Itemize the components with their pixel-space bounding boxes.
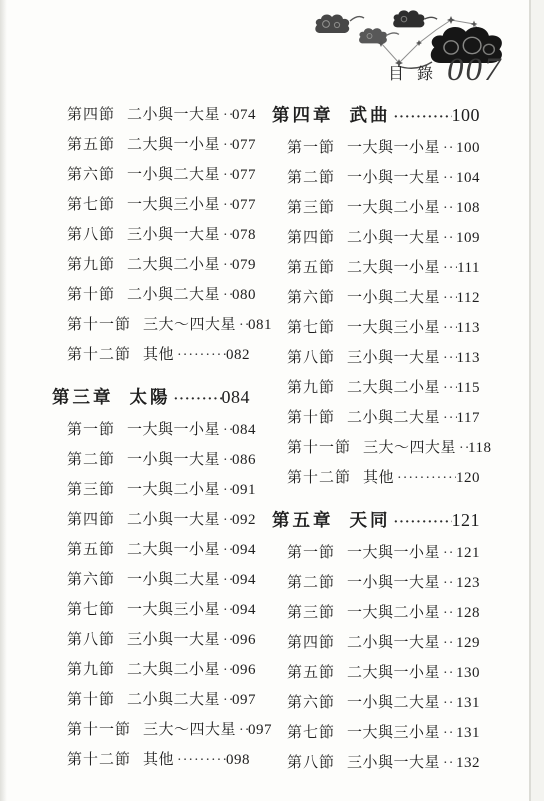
header-page-number: 007 — [447, 52, 503, 89]
entry-title: 二大與一小星 — [347, 658, 440, 688]
entry-title: 二大與二小星 — [127, 250, 220, 280]
entry-label: 第六節 — [287, 283, 335, 313]
toc-entry-section: 第五節 二大與一小星 ·····························… — [272, 253, 480, 283]
entry-label: 第五節 — [67, 535, 115, 565]
toc: 第四節 二小與一大星 ·····························… — [52, 100, 480, 778]
toc-entry-section: 第十二節 其他 ································… — [52, 745, 250, 775]
dot-leader: ········································… — [440, 659, 456, 689]
toc-entry-section: 第九節 二大與二小星 ·····························… — [52, 250, 250, 280]
entry-title: 二小與一大星 — [347, 223, 440, 253]
dot-leader: ········································… — [391, 103, 452, 133]
entry-title: 一小與二大星 — [347, 688, 440, 718]
toc-entry-section: 第二節 一小與一大星 ·····························… — [272, 568, 480, 598]
entry-title: 二大與二小星 — [127, 655, 220, 685]
dot-leader: ········································… — [391, 508, 452, 538]
dot-leader: ········································… — [236, 716, 248, 746]
toc-entry-chapter: 第三章 太陽 ·································… — [52, 382, 250, 412]
entry-title: 一大與二小星 — [347, 598, 440, 628]
entry-label: 第三節 — [287, 598, 335, 628]
toc-column-left: 第四節 二小與一大星 ·····························… — [52, 100, 250, 778]
toc-entry-section: 第三節 一大與二小星 ·····························… — [52, 475, 250, 505]
entry-page-number: 077 — [232, 190, 256, 220]
entry-page-number: 081 — [248, 310, 272, 340]
dot-leader: ········································… — [440, 314, 457, 344]
entry-label: 第二節 — [287, 568, 335, 598]
entry-label: 第七節 — [287, 718, 335, 748]
entry-label: 第七節 — [67, 190, 115, 220]
entry-title: 三小與一大星 — [127, 220, 220, 250]
toc-entry-chapter: 第五章 天同 ·································… — [272, 505, 480, 535]
dot-leader: ········································… — [220, 251, 232, 281]
entry-title: 一大與三小星 — [127, 190, 220, 220]
entry-label: 第八節 — [287, 748, 335, 778]
dot-leader: ········································… — [220, 191, 232, 221]
toc-entry-section: 第二節 一小與一大星 ·····························… — [272, 163, 480, 193]
entry-page-number: 115 — [457, 373, 480, 403]
toc-entry-section: 第六節 一小與二大星 ·····························… — [272, 283, 480, 313]
entry-title: 二大與一小星 — [127, 535, 220, 565]
toc-page: 目錄 007 第四節 二小與一大星 ······················… — [0, 0, 544, 801]
entry-title: 三大～四大星 — [363, 433, 456, 463]
entry-label: 第四節 — [287, 223, 335, 253]
entry-title: 二小與二大星 — [127, 685, 220, 715]
dot-leader: ········································… — [440, 224, 456, 254]
entry-page-number: 077 — [232, 160, 256, 190]
entry-title: 一大與二小星 — [127, 475, 220, 505]
entry-page-number: 098 — [226, 745, 250, 775]
toc-entry-section: 第七節 一大與三小星 ·····························… — [52, 595, 250, 625]
entry-page-number: 118 — [468, 433, 491, 463]
toc-entry-section: 第十二節 其他 ································… — [272, 463, 480, 493]
entry-label: 第十二節 — [67, 745, 131, 775]
entry-title: 一大與二小星 — [347, 193, 440, 223]
entry-page-number: 079 — [232, 250, 256, 280]
entry-label: 第八節 — [67, 625, 115, 655]
entry-title: 其他 — [143, 340, 174, 370]
entry-page-number: 117 — [457, 403, 480, 433]
dot-leader: ········································… — [220, 596, 232, 626]
entry-page-number: 080 — [232, 280, 256, 310]
toc-entry-section: 第十一節 三大～四大星 ····························… — [272, 433, 480, 463]
entry-title: 其他 — [363, 463, 394, 493]
entry-title: 二小與一大星 — [347, 628, 440, 658]
toc-entry-section: 第六節 一小與二大星 ·····························… — [52, 565, 250, 595]
entry-label: 第九節 — [67, 250, 115, 280]
entry-label: 第六節 — [67, 565, 115, 595]
toc-entry-section: 第十節 二小與二大星 ·····························… — [272, 403, 480, 433]
entry-page-number: 086 — [232, 445, 256, 475]
entry-page-number: 131 — [456, 718, 480, 748]
dot-leader: ········································… — [220, 131, 232, 161]
toc-entry-section: 第十二節 其他 ································… — [52, 340, 250, 370]
entry-label: 第一節 — [287, 133, 335, 163]
cloud-icon — [393, 10, 437, 27]
entry-title: 一大與三小星 — [127, 595, 220, 625]
entry-title: 三小與一大星 — [347, 748, 440, 778]
entry-title: 二小與二大星 — [127, 280, 220, 310]
dot-leader: ········································… — [456, 434, 468, 464]
entry-page-number: 078 — [232, 220, 256, 250]
toc-entry-section: 第七節 一大與三小星 ·····························… — [272, 718, 480, 748]
entry-page-number: 108 — [456, 193, 480, 223]
entry-page-number: 128 — [456, 598, 480, 628]
entry-page-number: 082 — [226, 340, 250, 370]
entry-page-number: 100 — [452, 100, 481, 130]
entry-label: 第八節 — [287, 343, 335, 373]
dot-leader: ········································… — [440, 344, 457, 374]
dot-leader: ········································… — [440, 599, 456, 629]
toc-entry-section: 第十節 二小與二大星 ·····························… — [52, 685, 250, 715]
entry-page-number: 132 — [456, 748, 480, 778]
entry-page-number: 097 — [248, 715, 272, 745]
entry-title: 一大與三小星 — [347, 313, 440, 343]
toc-entry-section: 第七節 一大與三小星 ·····························… — [272, 313, 480, 343]
dot-leader: ········································… — [440, 404, 457, 434]
entry-title: 一小與二大星 — [347, 283, 440, 313]
cloud-icon — [359, 28, 399, 43]
entry-page-number: 129 — [456, 628, 480, 658]
entry-label: 第十一節 — [287, 433, 351, 463]
dot-leader: ········································… — [220, 656, 232, 686]
entry-label: 第十節 — [67, 685, 115, 715]
toc-entry-section: 第三節 一大與二小星 ·····························… — [272, 598, 480, 628]
header-title: 目錄 — [388, 61, 446, 84]
entry-page-number: 113 — [457, 343, 480, 373]
toc-entry-section: 第十一節 三大～四大星 ····························… — [52, 715, 250, 745]
entry-page-number: 113 — [457, 313, 480, 343]
entry-title: 一大與一小星 — [127, 415, 220, 445]
entry-title: 太陽 — [130, 382, 171, 412]
entry-page-number: 111 — [457, 253, 480, 283]
entry-page-number: 123 — [456, 568, 480, 598]
entry-label: 第十二節 — [287, 463, 351, 493]
entry-page-number: 100 — [456, 133, 480, 163]
entry-page-number: 096 — [232, 625, 256, 655]
entry-title: 武曲 — [350, 100, 391, 130]
entry-title: 二小與二大星 — [347, 403, 440, 433]
entry-label: 第九節 — [67, 655, 115, 685]
entry-page-number: 121 — [452, 505, 481, 535]
toc-entry-section: 第五節 二大與一小星 ·····························… — [52, 130, 250, 160]
toc-entry-section: 第四節 二小與一大星 ·····························… — [52, 505, 250, 535]
toc-entry-section: 第三節 一大與二小星 ·····························… — [272, 193, 480, 223]
entry-label: 第七節 — [67, 595, 115, 625]
toc-entry-chapter: 第四章 武曲 ·································… — [272, 100, 480, 130]
toc-entry-section: 第四節 二小與一大星 ·····························… — [272, 223, 480, 253]
dot-leader: ········································… — [220, 626, 232, 656]
entry-title: 一大與一小星 — [347, 133, 440, 163]
dot-leader: ········································… — [440, 749, 456, 779]
toc-entry-section: 第六節 一小與二大星 ·····························… — [272, 688, 480, 718]
entry-title: 二大與二小星 — [347, 373, 440, 403]
entry-title: 三大～四大星 — [143, 715, 236, 745]
dot-leader: ········································… — [440, 194, 456, 224]
dot-leader: ········································… — [440, 689, 456, 719]
entry-title: 一小與一大星 — [127, 445, 220, 475]
toc-entry-section: 第七節 一大與三小星 ·····························… — [52, 190, 250, 220]
entry-title: 一大與一小星 — [347, 538, 440, 568]
dot-leader: ········································… — [220, 446, 232, 476]
entry-page-number: 112 — [457, 283, 480, 313]
entry-title: 三小與一大星 — [127, 625, 220, 655]
entry-label: 第三節 — [67, 475, 115, 505]
dot-leader: ········································… — [440, 164, 456, 194]
dot-leader: ········································… — [220, 416, 232, 446]
entry-page-number: 121 — [456, 538, 480, 568]
dot-leader: ········································… — [394, 464, 456, 494]
entry-title: 一小與二大星 — [127, 565, 220, 595]
entry-page-number: 109 — [456, 223, 480, 253]
dot-leader: ········································… — [440, 374, 457, 404]
toc-entry-section: 第九節 二大與二小星 ·····························… — [272, 373, 480, 403]
entry-page-number: 077 — [232, 130, 256, 160]
dot-leader: ········································… — [440, 719, 456, 749]
dot-leader: ········································… — [174, 746, 226, 776]
entry-label: 第五節 — [67, 130, 115, 160]
entry-title: 二大與一小星 — [347, 253, 440, 283]
entry-label: 第六節 — [67, 160, 115, 190]
entry-page-number: 120 — [456, 463, 480, 493]
entry-title: 一小與二大星 — [127, 160, 220, 190]
toc-column-right: 第四章 武曲 ·································… — [272, 100, 480, 778]
entry-label: 第十節 — [67, 280, 115, 310]
entry-title: 二大與一小星 — [127, 130, 220, 160]
toc-entry-section: 第一節 一大與一小星 ·····························… — [272, 538, 480, 568]
entry-page-number: 091 — [232, 475, 256, 505]
toc-entry-section: 第八節 三小與一大星 ·····························… — [52, 220, 250, 250]
dot-leader: ········································… — [220, 686, 232, 716]
entry-page-number: 074 — [232, 100, 256, 130]
entry-label: 第二節 — [287, 163, 335, 193]
entry-title: 二小與一大星 — [127, 505, 220, 535]
dot-leader: ········································… — [236, 311, 248, 341]
entry-page-number: 094 — [232, 595, 256, 625]
dot-leader: ········································… — [440, 569, 456, 599]
dot-leader: ········································… — [440, 629, 456, 659]
entry-label: 第四節 — [287, 628, 335, 658]
entry-label: 第二節 — [67, 445, 115, 475]
entry-title: 三小與一大星 — [347, 343, 440, 373]
entry-page-number: 094 — [232, 535, 256, 565]
entry-title: 二小與一大星 — [127, 100, 220, 130]
toc-entry-section: 第八節 三小與一大星 ·····························… — [272, 748, 480, 778]
entry-label: 第八節 — [67, 220, 115, 250]
cloud-icon — [315, 15, 364, 33]
entry-label: 第四節 — [67, 505, 115, 535]
entry-title: 一小與一大星 — [347, 568, 440, 598]
dot-leader: ········································… — [174, 341, 226, 371]
dot-leader: ········································… — [220, 161, 232, 191]
entry-page-number: 096 — [232, 655, 256, 685]
dot-leader: ········································… — [440, 539, 456, 569]
entry-title: 一大與三小星 — [347, 718, 440, 748]
toc-entry-section: 第一節 一大與一小星 ·····························… — [272, 133, 480, 163]
entry-label: 第五章 — [272, 505, 334, 535]
entry-page-number: 097 — [232, 685, 256, 715]
entry-label: 第十一節 — [67, 715, 131, 745]
toc-entry-section: 第六節 一小與二大星 ·····························… — [52, 160, 250, 190]
scan-left-edge — [0, 0, 7, 801]
entry-label: 第四章 — [272, 100, 334, 130]
dot-leader: ········································… — [220, 476, 232, 506]
entry-label: 第三章 — [52, 382, 114, 412]
dot-leader: ········································… — [440, 134, 456, 164]
entry-page-number: 094 — [232, 565, 256, 595]
scan-right-edge — [529, 0, 544, 801]
entry-label: 第六節 — [287, 688, 335, 718]
toc-entry-section: 第八節 三小與一大星 ·····························… — [272, 343, 480, 373]
entry-label: 第三節 — [287, 193, 335, 223]
toc-entry-section: 第一節 一大與一小星 ·····························… — [52, 415, 250, 445]
toc-entry-section: 第二節 一小與一大星 ·····························… — [52, 445, 250, 475]
entry-title: 三大～四大星 — [143, 310, 236, 340]
entry-label: 第五節 — [287, 658, 335, 688]
entry-label: 第十一節 — [67, 310, 131, 340]
toc-entry-section: 第八節 三小與一大星 ·····························… — [52, 625, 250, 655]
toc-entry-section: 第十一節 三大～四大星 ····························… — [52, 310, 250, 340]
dot-leader: ········································… — [220, 101, 232, 131]
dot-leader: ········································… — [440, 284, 457, 314]
entry-page-number: 131 — [456, 688, 480, 718]
entry-label: 第十節 — [287, 403, 335, 433]
entry-page-number: 084 — [222, 382, 251, 412]
entry-label: 第一節 — [287, 538, 335, 568]
dot-leader: ········································… — [220, 281, 232, 311]
entry-label: 第一節 — [67, 415, 115, 445]
entry-page-number: 084 — [232, 415, 256, 445]
dot-leader: ········································… — [220, 566, 232, 596]
toc-entry-section: 第五節 二大與一小星 ·····························… — [52, 535, 250, 565]
entry-page-number: 092 — [232, 505, 256, 535]
entry-label: 第五節 — [287, 253, 335, 283]
dot-leader: ········································… — [220, 506, 232, 536]
entry-title: 其他 — [143, 745, 174, 775]
dot-leader: ········································… — [220, 221, 232, 251]
entry-title: 一小與一大星 — [347, 163, 440, 193]
dot-leader: ········································… — [220, 536, 232, 566]
toc-entry-section: 第四節 二小與一大星 ·····························… — [52, 100, 250, 130]
toc-entry-section: 第五節 二大與一小星 ·····························… — [272, 658, 480, 688]
entry-page-number: 104 — [456, 163, 480, 193]
entry-label: 第七節 — [287, 313, 335, 343]
entry-page-number: 130 — [456, 658, 480, 688]
toc-entry-section: 第九節 二大與二小星 ·····························… — [52, 655, 250, 685]
entry-label: 第九節 — [287, 373, 335, 403]
toc-entry-section: 第十節 二小與二大星 ·····························… — [52, 280, 250, 310]
toc-entry-section: 第四節 二小與一大星 ·····························… — [272, 628, 480, 658]
entry-label: 第十二節 — [67, 340, 131, 370]
entry-title: 天同 — [350, 505, 391, 535]
dot-leader: ········································… — [440, 254, 457, 284]
entry-label: 第四節 — [67, 100, 115, 130]
dot-leader: ········································… — [171, 385, 222, 415]
